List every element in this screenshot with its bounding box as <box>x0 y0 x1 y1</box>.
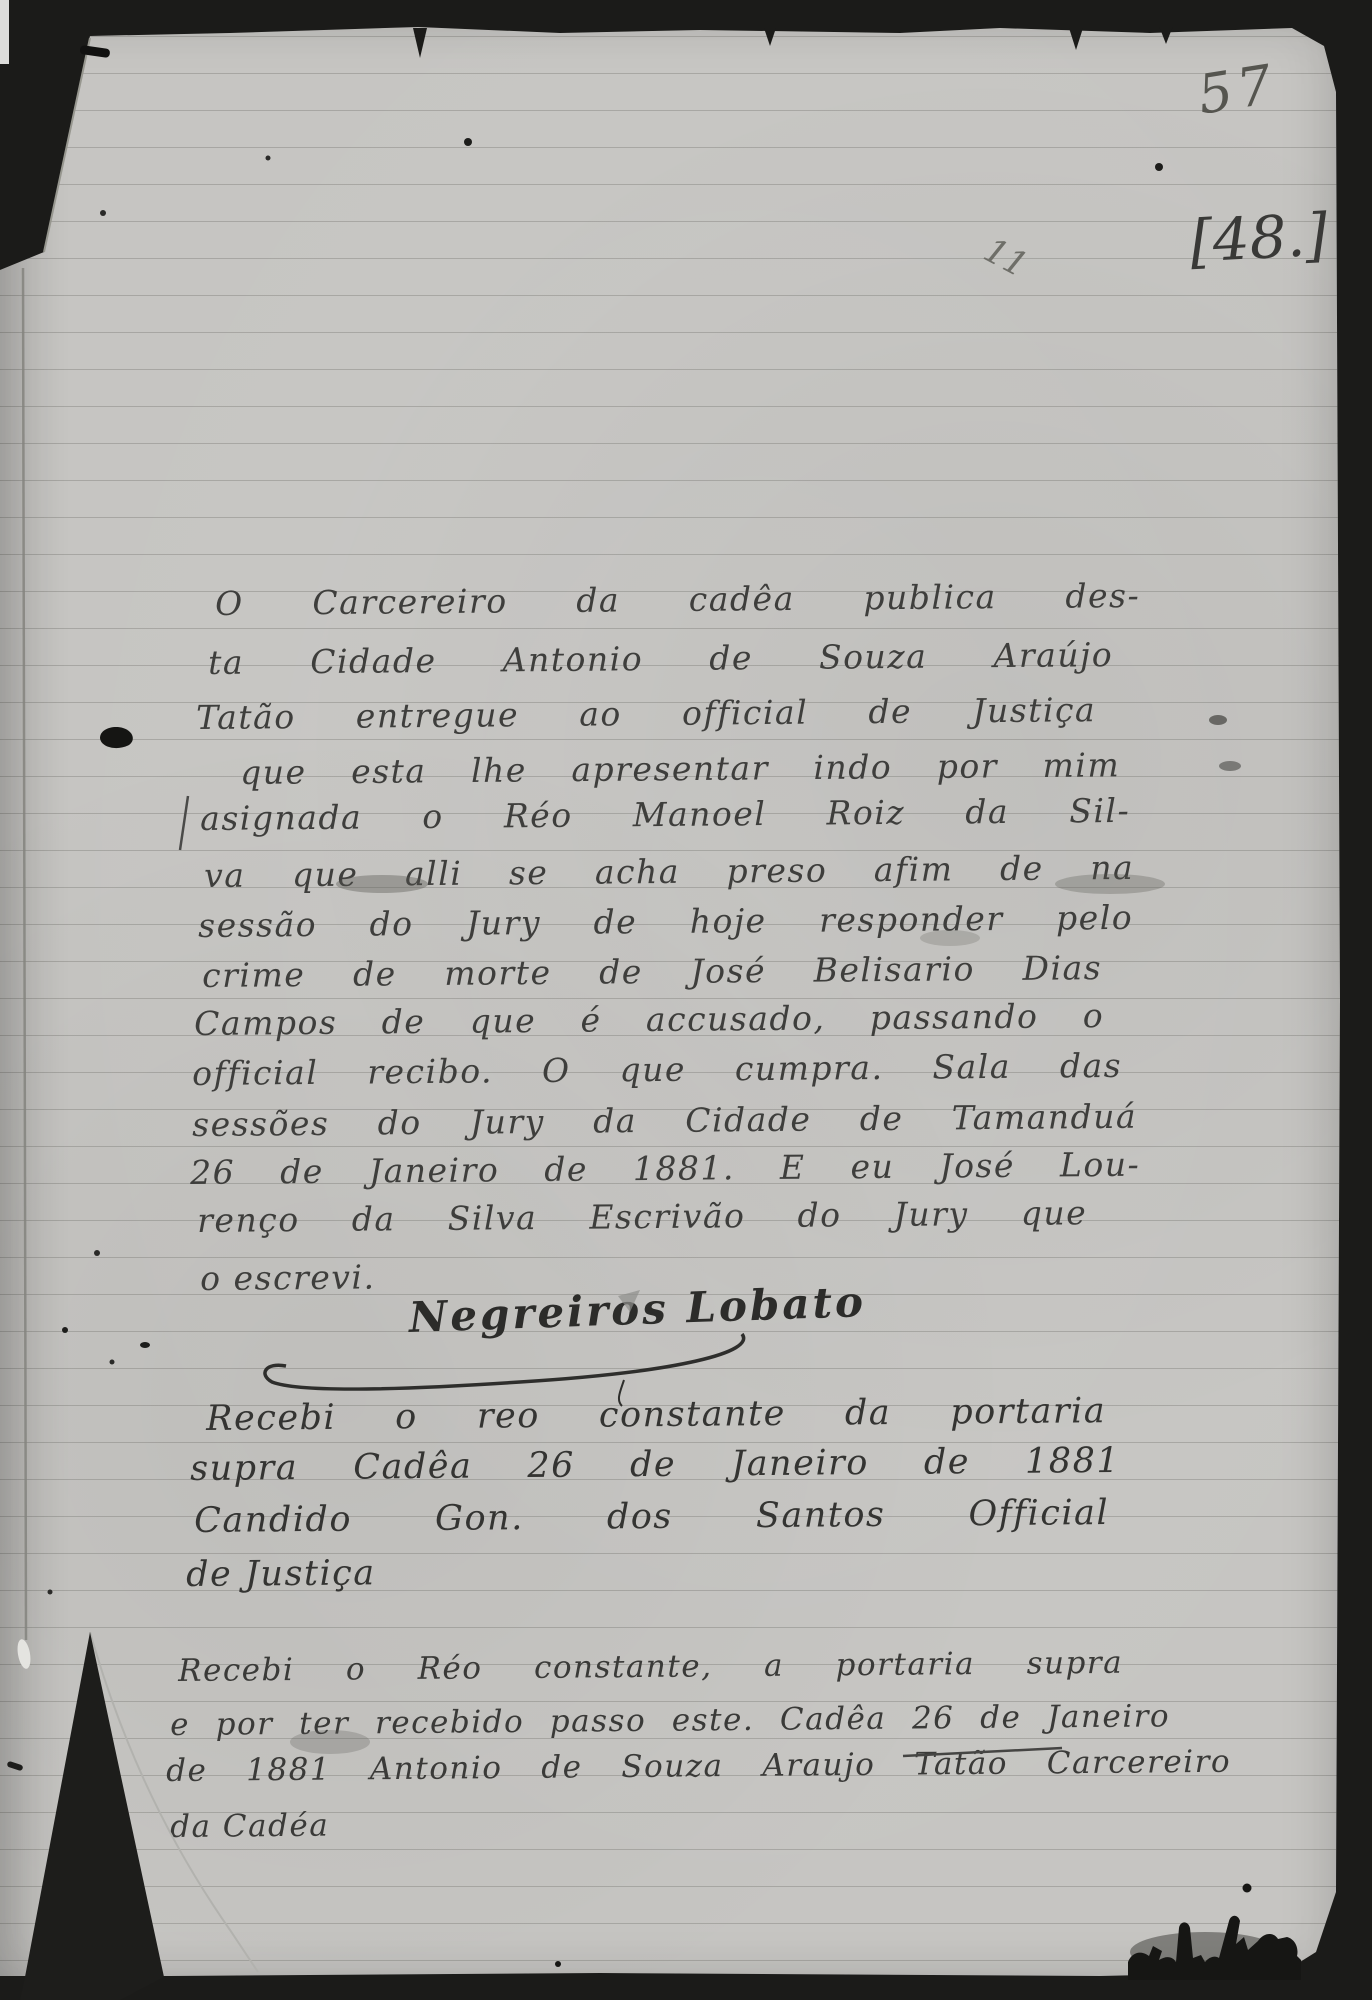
manuscript-line: que esta lhe apresentar indo por mim <box>240 744 1120 793</box>
manuscript-line: asignada o Réo Manoel Roiz da Sil- <box>200 790 1130 839</box>
receipt-line: da Cadéa <box>170 1807 329 1847</box>
manuscript-line: sessões do Jury da Cidade de Tamanduá <box>192 1096 1137 1145</box>
folio-number: 57 <box>1194 52 1282 127</box>
receipt-line: Candido Gon. dos Santos Official <box>194 1492 1109 1544</box>
receipt-line: supra Cadêa 26 de Janeiro de 1881 <box>190 1440 1120 1492</box>
scanned-manuscript-page: 57 [48.] 11 O Carcereiro da cadêa public… <box>0 0 1372 2000</box>
manuscript-line: ta Cidade Antonio de Souza Araújo <box>208 634 1113 683</box>
manuscript-line: 26 de Janeiro de 1881. E eu José Lou- <box>190 1144 1140 1194</box>
manuscript-line: sessão do Jury de hoje responder pelo <box>198 897 1133 946</box>
manuscript-line: O Carcereiro da cadêa publica des- <box>215 575 1140 624</box>
manuscript-line: official recibo. O que cumpra. Sala das <box>192 1045 1122 1094</box>
receipt-line: de Justiça <box>186 1552 376 1597</box>
manuscript-line: crime de morte de José Belisario Dias <box>202 947 1102 996</box>
manuscript-line: renço da Silva Escrivão do Jury que <box>197 1192 1087 1241</box>
receipt-line: Recebi o Réo constante, a portaria supra <box>178 1644 1123 1691</box>
left-edge-paper-sliver <box>0 0 9 64</box>
manuscript-line: va que alli se acha preso afim de na <box>204 847 1134 896</box>
manuscript-line: Campos de que é accusado, passando o <box>194 995 1104 1044</box>
manuscript-line: Tatão entregue ao official de Justiça <box>196 689 1096 738</box>
archival-bracket-number: [48.] <box>1188 200 1329 275</box>
manuscript-line: o escrevi. <box>200 1256 376 1299</box>
receipt-line: Recebi o reo constante da portaria <box>206 1390 1106 1442</box>
